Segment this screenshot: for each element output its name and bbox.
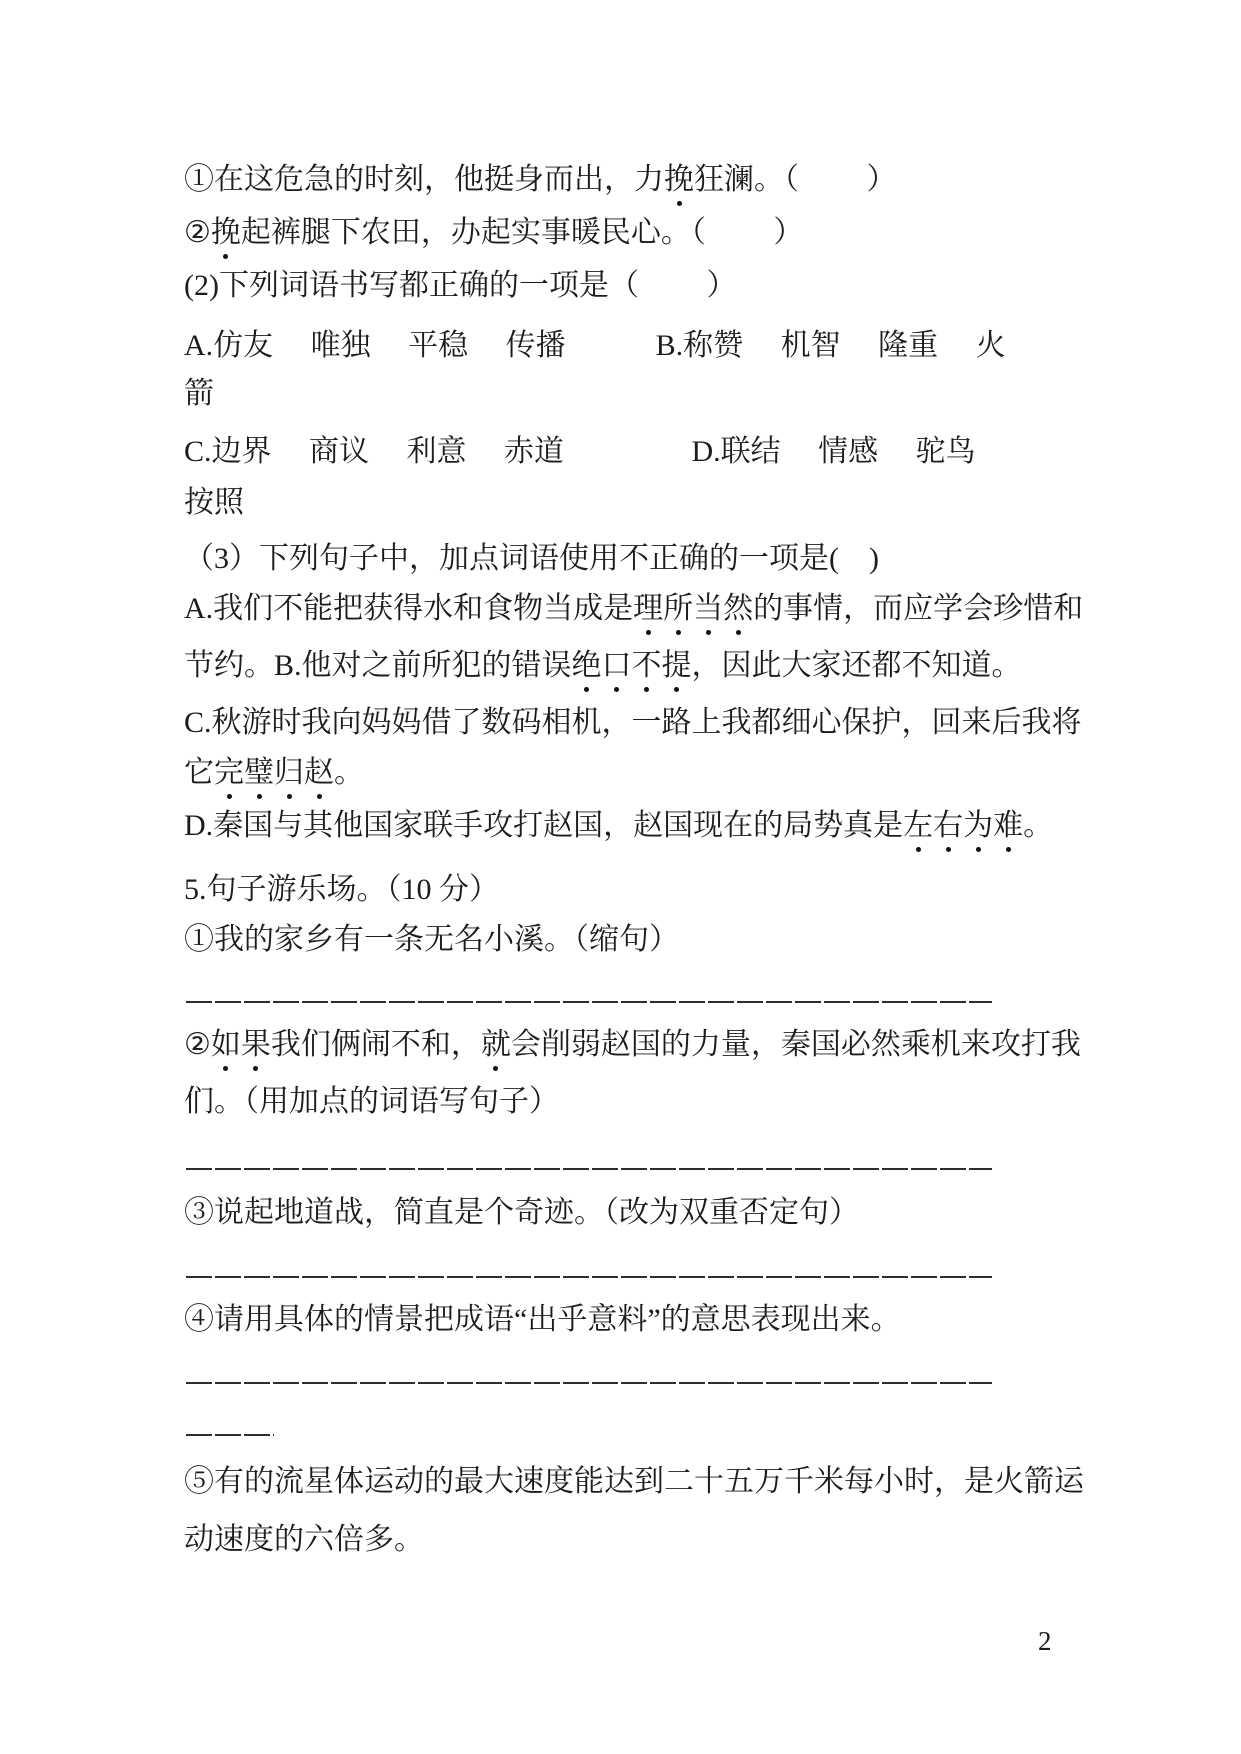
text-line: ①我的家乡有一条无名小溪。（缩句） (184, 922, 679, 958)
text-line: A.我们不能把获得水和食物当成是理所当然的事情，而应学会珍惜和 (184, 591, 1083, 627)
text-line: （3）下列句子中，加点词语使用不正确的一项是( ) (184, 541, 879, 577)
text-line: 箭 (184, 376, 214, 412)
emphasized-character: 就 (481, 1027, 511, 1063)
emphasized-character: 绝 (572, 648, 602, 684)
text-line: (2)下列词语书写都正确的一项是（ ） (184, 268, 736, 304)
text-line: ②如果我们俩闹不和，就会削弱赵国的力量，秦国必然乘机来攻打我 (184, 1027, 1081, 1063)
emphasized-character: 如 (211, 1027, 241, 1063)
answer-blank (186, 1434, 274, 1436)
text-line: D.秦国与其他国家联手攻打赵国，赵国现在的局势真是左右为难。 (184, 808, 1053, 844)
document-page: ①在这危急的时刻，他挺身而出，力挽狂澜。（ ）②挽起裤腿下农田，办起实事暖民心。… (0, 0, 1241, 1754)
emphasized-character: 璧 (244, 755, 274, 791)
emphasized-character: 右 (933, 808, 963, 844)
text-line: 们。（用加点的词语写句子） (184, 1084, 559, 1120)
text-line: ③说起地道战，简直是个奇迹。（改为双重否定句） (184, 1195, 859, 1231)
text-line: 动速度的六倍多。 (184, 1522, 424, 1558)
emphasized-character: 难 (993, 808, 1023, 844)
emphasized-character: 当 (693, 591, 723, 627)
page-number: 2 (1038, 1626, 1052, 1656)
emphasized-character: 理 (633, 591, 663, 627)
text-line: 节约。B.他对之前所犯的错误绝口不提，因此大家还都不知道。 (184, 648, 1022, 684)
emphasized-character: 挽 (211, 215, 241, 251)
answer-blank (186, 1001, 992, 1003)
text-line: 它完璧归赵。 (184, 755, 364, 791)
emphasized-character: 所 (663, 591, 693, 627)
text-line: A.仿友 唯独 平稳 传播 B.称赞 机智 隆重 火 (184, 328, 1006, 364)
text-line: 按照 (184, 485, 244, 521)
text-line: ①在这危急的时刻，他挺身而出，力挽狂澜。（ ） (184, 162, 897, 198)
emphasized-character: 提 (662, 648, 692, 684)
answer-blank (186, 1382, 992, 1384)
emphasized-character: 归 (274, 755, 304, 791)
text-line: C.秋游时我向妈妈借了数码相机，一路上我都细心保护，回来后我将 (184, 705, 1082, 741)
emphasized-character: 为 (963, 808, 993, 844)
emphasized-character: 果 (241, 1027, 271, 1063)
emphasized-character: 口 (602, 648, 632, 684)
answer-blank (186, 1276, 992, 1278)
text-line: ④请用具体的情景把成语“出乎意料”的意思表现出来。 (184, 1302, 901, 1338)
emphasized-character: 赵 (304, 755, 334, 791)
emphasized-character: 然 (723, 591, 753, 627)
emphasized-character: 挽 (664, 162, 694, 198)
text-line: C.边界 商议 利意 赤道 D.联结 情感 驼鸟 (184, 434, 976, 470)
text-line: 5.句子游乐场。（10 分） (184, 872, 499, 908)
text-line: ②挽起裤腿下农田，办起实事暖民心。（ ） (184, 215, 803, 251)
emphasized-character: 完 (214, 755, 244, 791)
emphasized-character: 不 (632, 648, 662, 684)
text-line: ⑤有的流星体运动的最大速度能达到二十五万千米每小时，是火箭运 (184, 1464, 1084, 1500)
emphasized-character: 左 (903, 808, 933, 844)
answer-blank (186, 1168, 992, 1170)
